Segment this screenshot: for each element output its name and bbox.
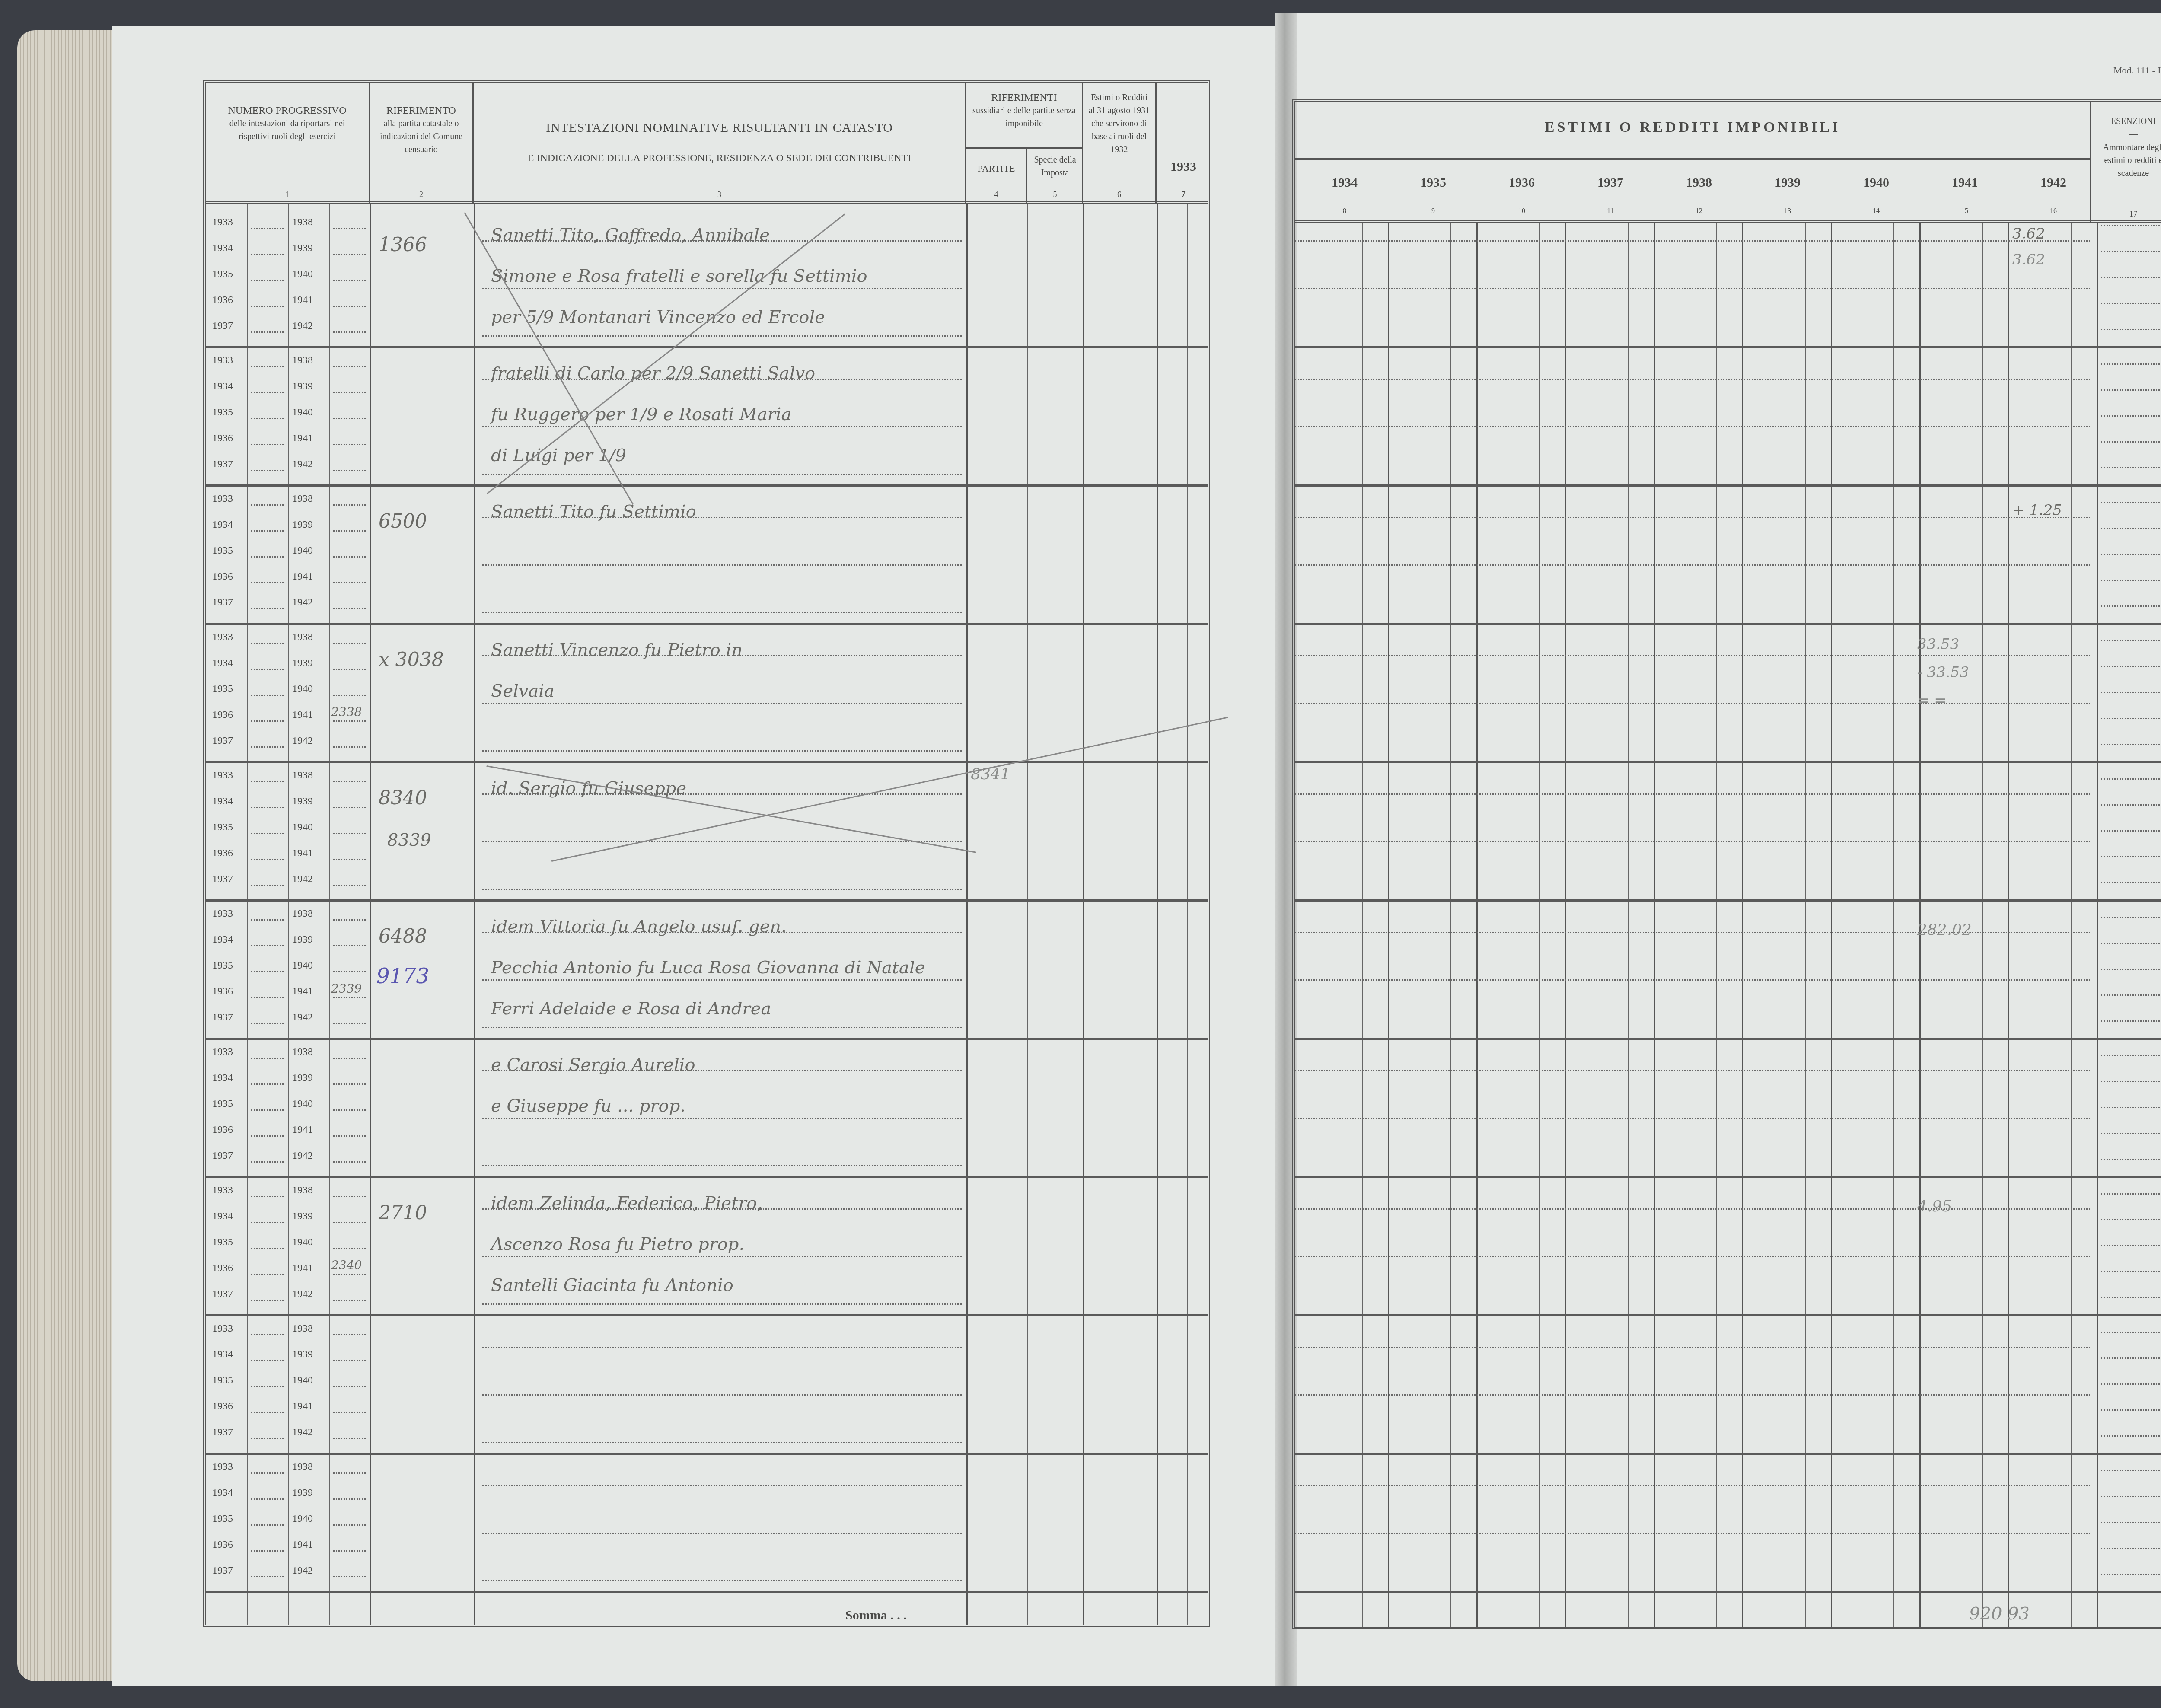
year-label: 1936: [212, 571, 233, 583]
year-label: 1937: [212, 597, 233, 609]
year-label: 1939: [292, 519, 313, 531]
intestazione-line: idem Zelinda, Federico, Pietro,: [491, 1193, 762, 1213]
year-label: 1936: [212, 1124, 233, 1136]
progressive-note: 2340: [331, 1258, 362, 1272]
header-title: ESENZIONI: [2091, 115, 2161, 128]
year-label: 1934: [212, 934, 233, 946]
year-label: 1938: [292, 355, 313, 366]
year-label: 1940: [292, 268, 313, 280]
ledger-entry: 1933193819341939193519401936194119371942…: [206, 484, 1208, 625]
year-label: 1941: [292, 571, 313, 583]
year-label: 1936: [212, 848, 233, 859]
column-number: 2: [370, 188, 472, 201]
year-label: 1941: [292, 1124, 313, 1136]
year-label: 1940: [292, 1375, 313, 1386]
ledger-entry: 1933193819341939193519401936194119371942…: [206, 899, 1208, 1040]
year-label: 1935: [212, 1375, 233, 1386]
year-label: 1937: [212, 1012, 233, 1023]
year-label: 1942: [292, 735, 313, 747]
somma-label: Somma . . .: [845, 1608, 907, 1623]
year-label: 1935: [212, 822, 233, 833]
estimi-group-title: ESTIMI O REDDITI IMPONIBILI: [1295, 119, 2090, 136]
ledger-entry-values: + 1.2522.4928.19: [1295, 484, 2161, 625]
year-label: 1934: [212, 796, 233, 807]
header-intestazioni: INTESTAZIONI NOMINATIVE RISULTANTI IN CA…: [474, 83, 966, 204]
year-label: 1942: [292, 320, 313, 332]
header-riferimenti-sussidiari: RIFERIMENTI sussidiari e delle partite s…: [966, 83, 1083, 204]
year-label: 1936: [212, 1262, 233, 1274]
year-label: 1933: [212, 1323, 233, 1335]
year-label: 1938: [292, 631, 313, 643]
year-label: 1935: [212, 1236, 233, 1248]
intestazione-line: Sanetti Tito, Goffredo, Annibale: [491, 225, 770, 245]
year-label: 1942: [292, 1012, 313, 1023]
year-label: 1933: [212, 908, 233, 920]
value-1942: + 1.25: [2012, 502, 2062, 519]
header-specie-imposta: Specie della Imposta 5: [1027, 147, 1083, 204]
year-label: 1934: [212, 242, 233, 254]
intestazione-line: Sanetti Tito fu Settimio: [491, 502, 696, 522]
year-label: 1942: [292, 1288, 313, 1300]
column-number: 5: [1027, 188, 1083, 201]
year-label: 1938: [292, 493, 313, 505]
year-label: 1936: [212, 1401, 233, 1412]
year-label: 1940: [292, 1513, 313, 1525]
header-sub: al 31 agosto 1931 che servirono di base …: [1083, 104, 1155, 156]
intestazione-line: Santelli Giacinta fu Antonio: [491, 1275, 733, 1295]
form-reference: Mod. 111 - Imposte Dirette (Intercalare)…: [2113, 65, 2161, 76]
year-label: 1933: [212, 770, 233, 781]
year-label: 1942: [292, 459, 313, 470]
year-label: 1933: [212, 217, 233, 228]
year-label: 1936: [212, 709, 233, 721]
value-1941: 282.02: [1917, 921, 1972, 939]
column-number: 1: [206, 188, 369, 201]
year-label: 1940: [292, 822, 313, 833]
year-label: 1938: [292, 1046, 313, 1058]
ledger-entry-values: [1295, 1314, 2161, 1455]
ledger-entry-values: 33.53- 33.53= =: [1295, 623, 2161, 763]
ledger-entry: 1933193819341939193519401936194119371942: [206, 1314, 1208, 1455]
year-label: 1941: [292, 1539, 313, 1551]
year-label: 1939: [292, 934, 313, 946]
header-title: RIFERIMENTO: [370, 104, 472, 117]
year-label: 1935: [212, 268, 233, 280]
year-label: 1939: [292, 381, 313, 392]
year-label: 1940: [292, 960, 313, 972]
year-label: 1940: [292, 545, 313, 557]
year-label: 1933: [212, 355, 233, 366]
intestazione-line: fu Ruggero per 1/9 e Rosati Maria: [491, 405, 791, 424]
header-sub: alla partita catastale o indicazioni del…: [370, 117, 472, 156]
year-label: 1934: [212, 1349, 233, 1361]
header-sub: Ammontare degli estimi o redditi e scade…: [2091, 141, 2161, 180]
year-label: 1934: [212, 1487, 233, 1499]
column-number: 6: [1083, 188, 1155, 201]
value-1942-alt: 3.62: [2012, 251, 2045, 268]
year-label: 1934: [212, 1211, 233, 1222]
year-label: 1933: [212, 1461, 233, 1473]
right-ledger-table: ESTIMI O REDDITI IMPONIBILI 193481935919…: [1292, 99, 2161, 1629]
header-title: NUMERO PROGRESSIVO: [206, 104, 369, 117]
value-1941: - 33.53: [1917, 664, 1969, 681]
intestazione-line: Sanetti Vincenzo fu Pietro in: [491, 640, 743, 660]
value-1942: 3.62: [2012, 225, 2045, 242]
year-label: 1936: [212, 1539, 233, 1551]
header-title: RIFERIMENTI: [966, 91, 1082, 104]
year-label: 1941: [292, 433, 313, 444]
left-ledger-table: NUMERO PROGRESSIVO delle intestazioni da…: [203, 80, 1210, 1627]
ledger-entry-values: [1295, 1453, 2161, 1593]
header-estimi-1931: Estimi o Redditi al 31 agosto 1931 che s…: [1083, 83, 1157, 204]
column-number: 3: [474, 188, 965, 201]
intestazione-line: e Carosi Sergio Aurelio: [491, 1055, 695, 1075]
year-label: 1942: [292, 597, 313, 609]
intestazione-line: fratelli di Carlo per 2/9 Sanetti Salvo: [491, 363, 815, 383]
intestazione-line: Selvaia: [491, 681, 555, 701]
ledger-entry: 1933193819341939193519401936194119371942…: [206, 208, 1208, 348]
value-1941: 33.53: [1917, 636, 1959, 653]
year-label: 1939: [292, 657, 313, 669]
riferimento-value: 6488: [379, 925, 427, 947]
riferimento-value-alt: 8339: [387, 830, 431, 850]
year-label: 1933: [212, 493, 233, 505]
ledger-entry-values: 3.623.62: [1295, 208, 2161, 348]
riferimento-value: x 3038: [379, 649, 444, 671]
header-title: 1933: [1157, 160, 1210, 173]
year-label: 1935: [212, 1513, 233, 1525]
year-label: 1934: [212, 381, 233, 392]
ledger-entry: 1933193819341939193519401936194119371942…: [206, 1176, 1208, 1316]
year-label: 1939: [292, 1072, 313, 1084]
year-label: 1934: [212, 657, 233, 669]
year-label: 1938: [292, 1185, 313, 1196]
header-title: Estimi o Redditi: [1083, 91, 1155, 104]
year-label: 1939: [292, 1211, 313, 1222]
year-label: 1939: [292, 796, 313, 807]
column-number: 4: [966, 188, 1026, 201]
header-title: Specie della Imposta: [1034, 155, 1076, 178]
year-label: 1934: [212, 519, 233, 531]
year-label: 1937: [212, 1565, 233, 1577]
ledger-entry-values: [1295, 761, 2161, 902]
header-sub: sussidiari e delle partite senza imponib…: [966, 104, 1082, 130]
value-1941: = =: [1917, 692, 1947, 709]
header-dash: —: [2091, 128, 2161, 141]
riferimento-value: 8340: [379, 787, 427, 809]
year-label: 1938: [292, 1323, 313, 1335]
header-esenzioni: ESENZIONI — Ammontare degli estimi o red…: [2090, 102, 2161, 223]
year-label: 1936: [212, 986, 233, 997]
year-label: 1938: [292, 770, 313, 781]
year-label: 1941: [292, 1401, 313, 1412]
year-label: 1935: [212, 960, 233, 972]
year-label: 1942: [292, 1565, 313, 1577]
year-label: 1937: [212, 459, 233, 470]
year-label: 1935: [212, 683, 233, 695]
year-label: 1936: [212, 294, 233, 306]
year-label: 1940: [292, 1236, 313, 1248]
intestazione-line: e Giuseppe fu ... prop.: [491, 1096, 685, 1116]
year-label: 1936: [212, 433, 233, 444]
year-label: 1935: [212, 1098, 233, 1110]
header-divider: [206, 201, 1208, 204]
left-page-stack: [17, 30, 121, 1681]
year-label: 1933: [212, 631, 233, 643]
year-label: 1939: [292, 242, 313, 254]
somma-total: 920 93: [1969, 1604, 2030, 1624]
year-label: 1937: [212, 735, 233, 747]
year-label: 1937: [212, 320, 233, 332]
intestazione-line: Ferri Adelaide e Rosa di Andrea: [491, 999, 771, 1019]
ledger-entry-values: 282.02: [1295, 899, 2161, 1040]
year-label: 1940: [292, 683, 313, 695]
year-label: 1942: [292, 1150, 313, 1162]
riferimento-value-new: 9173: [376, 964, 429, 988]
year-label: 1940: [292, 1098, 313, 1110]
header-sub: E INDICAZIONE DELLA PROFESSIONE, RESIDEN…: [474, 152, 965, 165]
header-sub: delle intestazioni da riportarsi nei ris…: [206, 117, 369, 143]
year-label: 1937: [212, 873, 233, 885]
ledger-entry: 1933193819341939193519401936194119371942…: [206, 761, 1208, 902]
year-label: 1941: [292, 709, 313, 721]
riferimento-value: 6500: [379, 510, 427, 532]
year-label: 1941: [292, 986, 313, 997]
header-title: PARTITE: [977, 163, 1015, 174]
ledger-entry: 1933193819341939193519401936194119371942…: [206, 346, 1208, 487]
year-label: 1941: [292, 294, 313, 306]
intestazione-line: idem Vittoria fu Angelo usuf. gen.: [491, 917, 787, 937]
year-label: 1937: [212, 1288, 233, 1300]
year-label: 1940: [292, 407, 313, 418]
ledger-entry: 1933193819341939193519401936194119371942…: [206, 1038, 1208, 1178]
year-label: 1937: [212, 1427, 233, 1438]
column-number: 7: [1157, 188, 1210, 201]
riferimento-value: 1366: [379, 234, 427, 256]
year-label: 1938: [292, 1461, 313, 1473]
ledger-entry-values: 4.95: [1295, 1176, 2161, 1316]
year-label: 1939: [292, 1349, 313, 1361]
riferimento-value: 2710: [379, 1202, 427, 1224]
progressive-note: 2339: [331, 981, 362, 996]
year-label: 1942: [292, 873, 313, 885]
ledger-entry: 1933193819341939193519401936194119371942: [206, 1453, 1208, 1593]
year-label: 1938: [292, 908, 313, 920]
ledger-entry: 1933193819341939193519401936194119371942…: [206, 623, 1208, 763]
year-label: 1939: [292, 1487, 313, 1499]
year-label: 1938: [292, 217, 313, 228]
header-partite: PARTITE 4: [966, 147, 1027, 204]
intestazione-line: di Luigi per 1/9: [491, 446, 626, 465]
header-numero-progressivo: NUMERO PROGRESSIVO delle intestazioni da…: [206, 83, 370, 204]
year-label: 1935: [212, 545, 233, 557]
year-label: 1933: [212, 1185, 233, 1196]
progressive-note: 2338: [331, 705, 362, 719]
intestazione-line: Pecchia Antonio fu Luca Rosa Giovanna di…: [491, 958, 925, 978]
year-label: 1933: [212, 1046, 233, 1058]
header-riferimento: RIFERIMENTO alla partita catastale o ind…: [370, 83, 474, 204]
intestazione-line: Ascenzo Rosa fu Pietro prop.: [491, 1234, 744, 1254]
ledger-entry-values: [1295, 1038, 2161, 1178]
year-label: 1942: [292, 1427, 313, 1438]
year-label: 1941: [292, 1262, 313, 1274]
ledger-entry-values: 1.410.533.76: [1295, 346, 2161, 487]
year-label: 1934: [212, 1072, 233, 1084]
value-1941: 4.95: [1917, 1198, 1952, 1215]
year-label: 1941: [292, 848, 313, 859]
intestazione-line: per 5/9 Montanari Vincenzo ed Ercole: [491, 307, 825, 327]
intestazione-line: Simone e Rosa fratelli e sorella fu Sett…: [491, 266, 867, 286]
header-title: INTESTAZIONI NOMINATIVE RISULTANTI IN CA…: [474, 121, 965, 134]
year-label: 1935: [212, 407, 233, 418]
year-label: 1937: [212, 1150, 233, 1162]
header-1933: 1933 7: [1157, 83, 1210, 204]
